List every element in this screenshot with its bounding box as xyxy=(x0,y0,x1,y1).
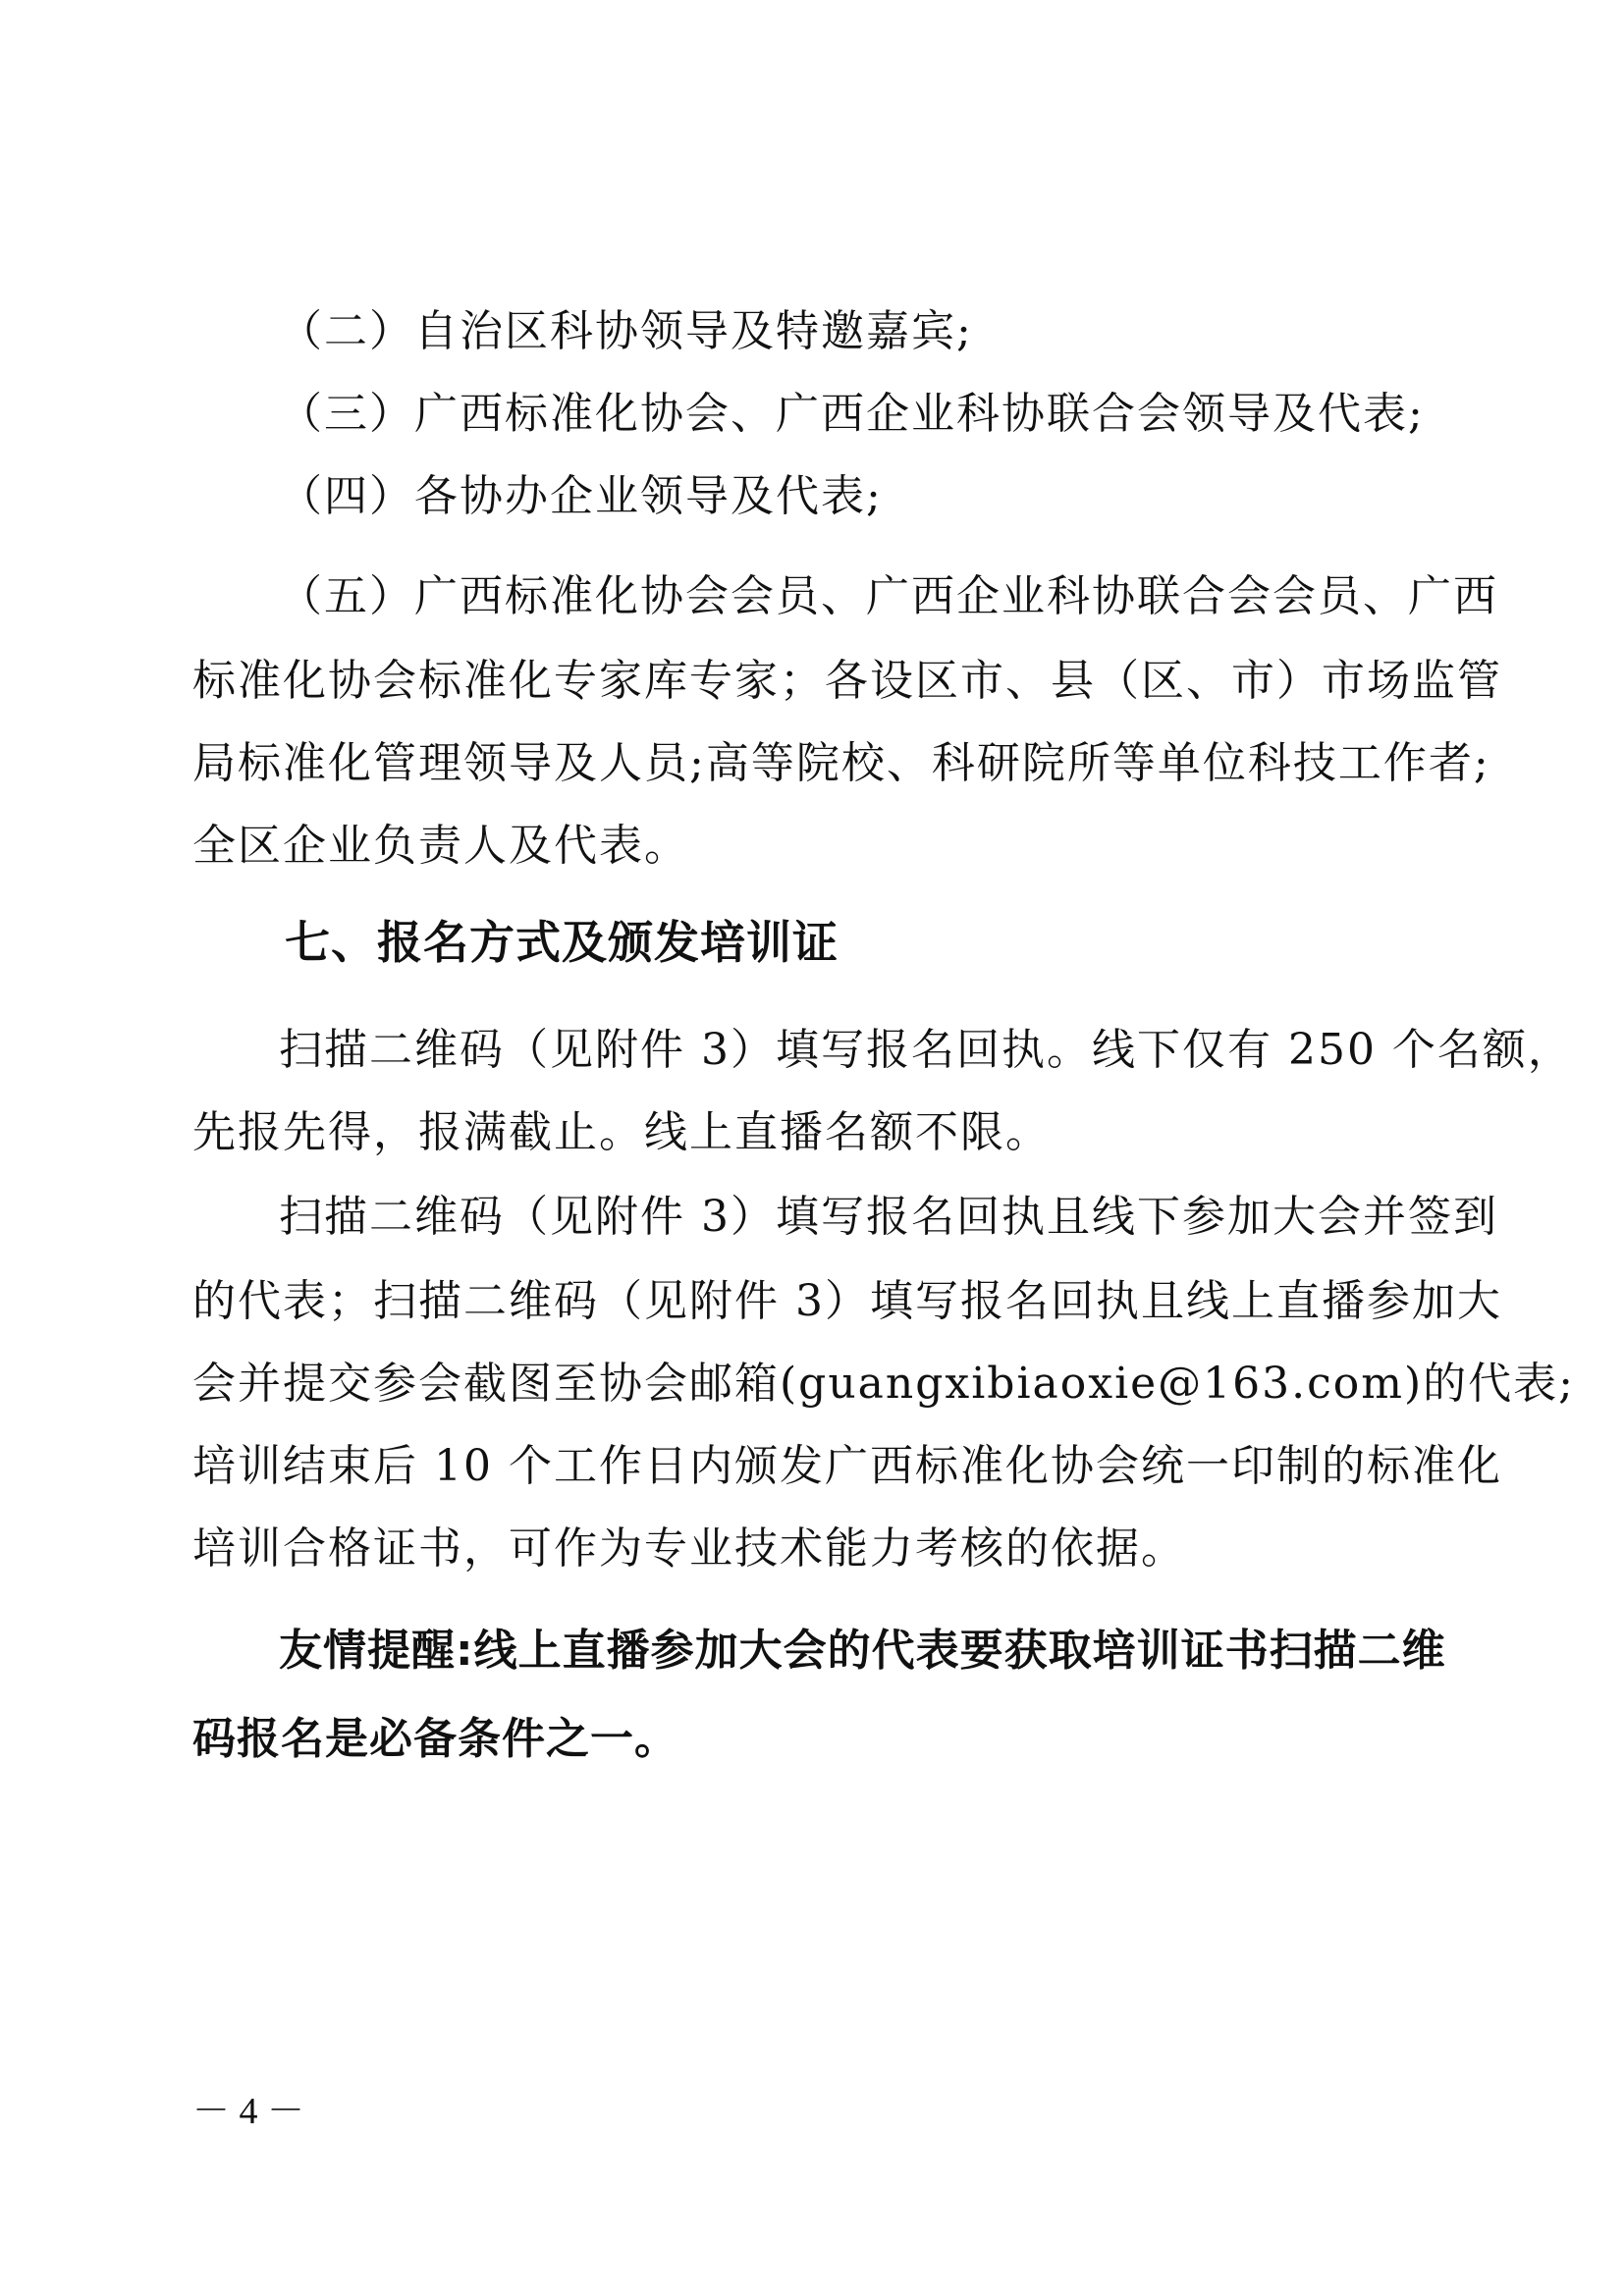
certificate-paragraph-line-4: 培训结束后 10 个工作日内颁发广西标准化协会统一印制的标准化 xyxy=(192,1437,1439,1496)
certificate-paragraph-line-1: 扫描二维码（见附件 3）填写报名回执且线下参加大会并签到 xyxy=(279,1188,1439,1247)
attendee-item-5-line-4: 全区企业负责人及代表。 xyxy=(192,817,1439,876)
attendee-item-3: （三）广西标准化协会、广西企业科协联合会领导及代表; xyxy=(279,385,1439,444)
attendee-item-4: （四）各协办企业领导及代表; xyxy=(279,467,1439,526)
document-page: （二）自治区科协领导及特邀嘉宾; （三）广西标准化协会、广西企业科协联合会领导及… xyxy=(0,0,1624,2296)
reminder-line-2: 码报名是必备条件之一。 xyxy=(192,1710,1439,1769)
certificate-paragraph-line-5: 培训合格证书，可作为专业技术能力考核的依据。 xyxy=(192,1520,1439,1578)
attendee-item-5-line-2: 标准化协会标准化专家库专家；各设区市、县（区、市）市场监管 xyxy=(192,652,1439,711)
certificate-paragraph-line-2: 的代表；扫描二维码（见附件 3）填写报名回执且线上直播参加大 xyxy=(192,1272,1439,1331)
registration-paragraph-line-1: 扫描二维码（见附件 3）填写报名回执。线下仅有 250 个名额， xyxy=(279,1021,1439,1080)
page-number: － 4 － xyxy=(192,2087,304,2136)
attendee-item-2: （二）自治区科协领导及特邀嘉宾; xyxy=(279,302,1439,361)
section-7-heading: 七、报名方式及颁发培训证 xyxy=(285,913,1532,972)
attendee-item-5-line-1: （五）广西标准化协会会员、广西企业科协联合会会员、广西 xyxy=(279,567,1439,626)
reminder-line-1: 友情提醒:线上直播参加大会的代表要获取培训证书扫描二维 xyxy=(279,1622,1439,1681)
attendee-item-5-line-3: 局标准化管理领导及人员;高等院校、科研院所等单位科技工作者; xyxy=(192,734,1439,793)
registration-paragraph-line-2: 先报先得，报满截止。线上直播名额不限。 xyxy=(192,1103,1439,1162)
certificate-paragraph-line-3: 会并提交参会截图至协会邮箱(guangxibiaoxie@163.com)的代表… xyxy=(192,1355,1439,1414)
